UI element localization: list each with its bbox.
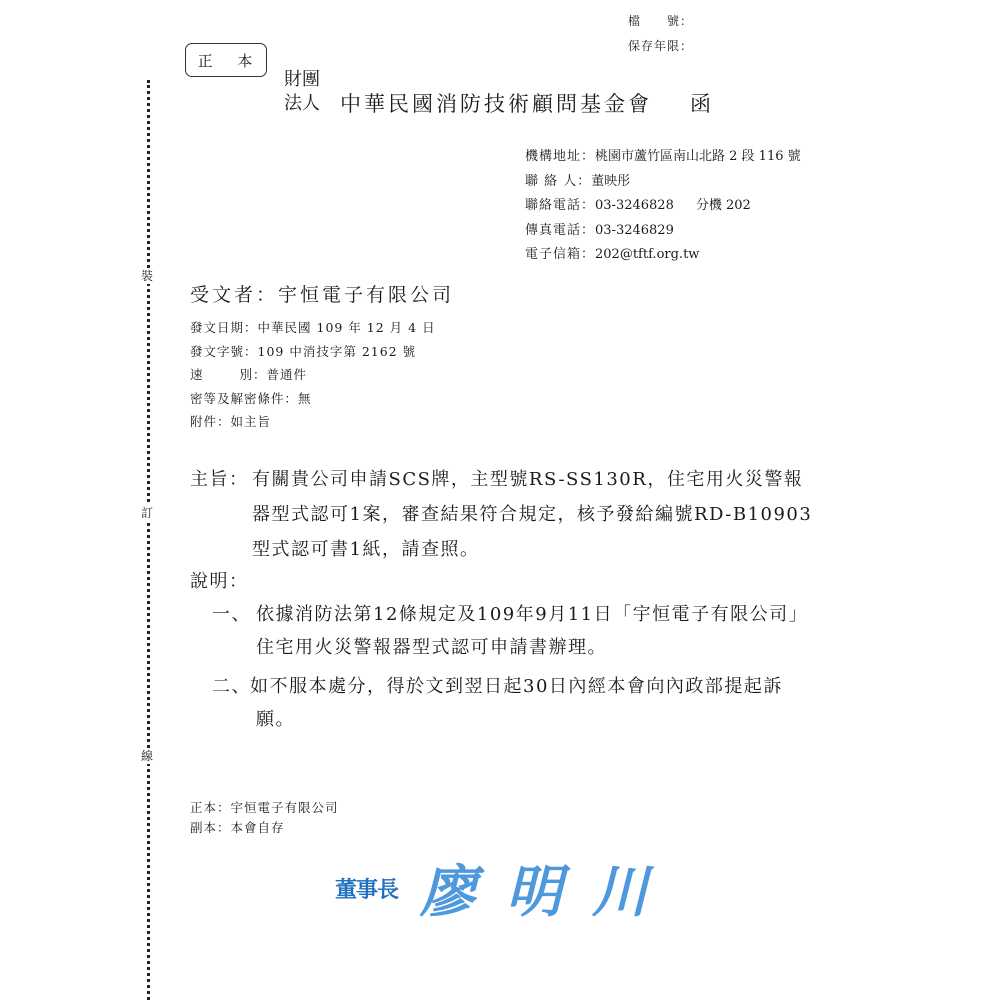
email-label: 電子信箱： — [525, 243, 595, 268]
copy-marker-text: 正 本 — [198, 50, 263, 71]
binding-mark-zhuang: 裝 — [141, 268, 153, 284]
explanation-item-1-number: 一、 — [212, 600, 251, 626]
attachment-row: 附件： 如主旨 — [190, 410, 436, 434]
recipient-label: 受文者： — [190, 284, 278, 306]
binding-dotted-line — [147, 80, 150, 1000]
speed-label-b: 別： — [240, 363, 267, 387]
copy-recipient-value: 本會自存 — [231, 820, 285, 835]
secrecy-value: 無 — [298, 387, 312, 411]
speed-label-a: 速 — [190, 363, 204, 387]
secrecy-row: 密等及解密條件： 無 — [190, 387, 436, 411]
org-prefix: 財團法人 — [284, 68, 332, 116]
retention-period-label: 保存年限： — [628, 37, 693, 54]
distribution-block: 正本：宇恒電子有限公司 副本：本會自存 — [190, 798, 339, 838]
org-name: 中華民國消防技術顧問基金會 — [340, 88, 652, 118]
binding-mark-ding: 訂 — [141, 505, 153, 521]
issue-date-label: 發文日期： — [190, 316, 258, 340]
copy-recipient-label: 副本： — [190, 820, 231, 835]
address-value: 桃園市蘆竹區南山北路 2 段 116 號 — [595, 145, 801, 170]
email-value: 202@tftf.org.tw — [595, 243, 699, 268]
phone-extension: 分機 202 — [696, 194, 751, 219]
doc-number-value: 109 中消技字第 2162 號 — [258, 340, 417, 364]
address-label: 機構地址： — [525, 145, 595, 170]
subject-line-3: 型式認可書1紙，請查照。 — [252, 535, 479, 561]
subject-line-2: 器型式認可1案，審查結果符合規定，核予發給編號RD-B10903 — [252, 500, 812, 526]
original-recipient-label: 正本： — [190, 800, 231, 815]
email-row: 電子信箱： 202@tftf.org.tw — [525, 243, 801, 268]
fax-row: 傳真電話： 03-3246829 — [525, 219, 801, 244]
file-number-label: 檔 號： — [628, 12, 693, 29]
document-type: 函 — [690, 88, 711, 118]
explanation-item-2-line-2: 願。 — [256, 705, 295, 731]
binding-mark-xian: 線 — [141, 748, 153, 764]
contact-person-value: 董映彤 — [591, 170, 630, 195]
explanation-item-2-line-1: 如不服本處分，得於文到翌日起30日內經本會向內政部提起訴 — [250, 672, 783, 698]
phone-value: 03-3246828 — [595, 194, 674, 219]
speed-value: 普通件 — [267, 363, 308, 387]
explanation-item-2-number: 二、 — [212, 672, 251, 698]
recipient-name: 宇恒電子有限公司 — [278, 284, 454, 306]
contact-block: 機構地址： 桃園市蘆竹區南山北路 2 段 116 號 聯 絡 人： 董映彤 聯絡… — [525, 145, 801, 268]
contact-person-row: 聯 絡 人： 董映彤 — [525, 170, 801, 195]
original-recipient-row: 正本：宇恒電子有限公司 — [190, 798, 339, 818]
fax-value: 03-3246829 — [595, 219, 674, 244]
attachment-value: 如主旨 — [231, 410, 272, 434]
issue-date-row: 發文日期： 中華民國 109 年 12 月 4 日 — [190, 316, 436, 340]
phone-label: 聯絡電話： — [525, 194, 595, 219]
phone-row: 聯絡電話： 03-3246828 分機 202 — [525, 194, 801, 219]
subject-line-1: 有關貴公司申請SCS牌，主型號RS-SS130R，住宅用火災警報 — [252, 465, 803, 491]
original-copy-marker: 正 本 — [185, 43, 267, 77]
attachment-label: 附件： — [190, 410, 231, 434]
original-recipient-value: 宇恒電子有限公司 — [231, 800, 339, 815]
recipient-line: 受文者：宇恒電子有限公司 — [190, 280, 454, 307]
signature-name-stamp: 廖明川 — [420, 848, 678, 928]
fax-label: 傳真電話： — [525, 219, 595, 244]
contact-person-label: 聯 絡 人： — [525, 170, 591, 195]
explanation-item-1-line-2: 住宅用火災警報器型式認可申請書辦理。 — [256, 633, 607, 659]
explanation-label: 說明： — [190, 567, 249, 593]
doc-number-row: 發文字號： 109 中消技字第 2162 號 — [190, 340, 436, 364]
subject-label: 主旨： — [190, 465, 249, 491]
address-row: 機構地址： 桃園市蘆竹區南山北路 2 段 116 號 — [525, 145, 801, 170]
issue-date-value: 中華民國 109 年 12 月 4 日 — [258, 316, 436, 340]
document-meta: 發文日期： 中華民國 109 年 12 月 4 日 發文字號： 109 中消技字… — [190, 316, 436, 434]
explanation-item-1-line-1: 依據消防法第12條規定及109年9月11日「宇恒電子有限公司」 — [256, 600, 808, 626]
speed-row: 速 別： 普通件 — [190, 363, 436, 387]
secrecy-label: 密等及解密條件： — [190, 387, 298, 411]
doc-number-label: 發文字號： — [190, 340, 258, 364]
copy-recipient-row: 副本：本會自存 — [190, 818, 339, 838]
signature-title-stamp: 董事長 — [335, 873, 398, 904]
